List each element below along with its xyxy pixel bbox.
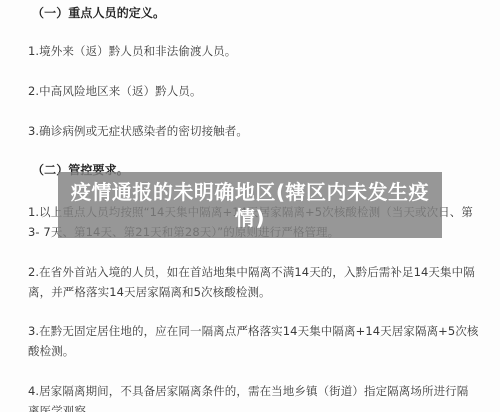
control-item-3-line1: 3.在黔无固定居住地的，应在同一隔离点严格落实14天集中隔离+14天居家隔离+5… — [28, 324, 479, 338]
control-item-4-line2: 离医学观察。 — [28, 404, 98, 412]
definition-item-1: 1.境外来（返）黔人员和非法偷渡人员。 — [28, 44, 236, 58]
overlay-title: 疫情通报的未明确地区(辖区内未发生疫情) — [70, 179, 430, 231]
title-overlay-banner: 疫情通报的未明确地区(辖区内未发生疫情) — [58, 172, 442, 238]
control-item-4-line1: 4.居家隔离期间，不具备居家隔离条件的，需在当地乡镇（街道）指定隔离场所进行隔 — [28, 384, 468, 398]
section-heading-definition: （一）重点人员的定义。 — [32, 6, 165, 20]
definition-item-2: 2.中高风险地区来（返）黔人员。 — [28, 84, 202, 98]
control-item-3-line2: 酸检测。 — [28, 344, 74, 358]
control-item-2-line1: 2.在省外首站入境的人员，如在首站地集中隔离不满14天的，入黔后需补足14天集中… — [28, 265, 475, 279]
control-item-2-line2: 离，并严格落实14天居家隔离和5次核酸检测。 — [28, 285, 271, 299]
definition-item-3: 3.确诊病例或无症状感染者的密切接触者。 — [28, 124, 248, 138]
